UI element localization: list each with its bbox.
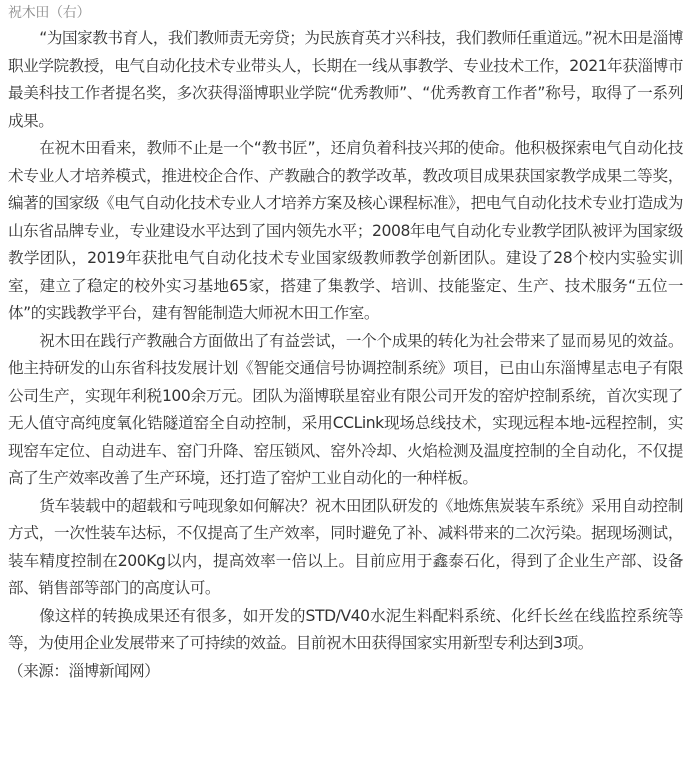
paragraph-loading-system: 货车装载中的超载和亏吨现象如何解决？祝木田团队研发的《地炼焦炭装车系统》采用自动… — [8, 493, 683, 603]
paragraph-industry-education: 祝木田在践行产教融合方面做出了有益尝试，一个个成果的转化为社会带来了显而易见的效… — [8, 328, 683, 493]
article: 祝木田（右） “为国家教书育人，我们教师责无旁贷；为民族育英才兴科技，我们教师任… — [0, 0, 688, 685]
paragraph-teaching-reform: 在祝木田看来，教师不止是一个“教书匠”，还肩负着科技兴邦的使命。他积极探索电气自… — [8, 135, 683, 328]
source-attribution: （来源：淄博新闻网） — [8, 658, 683, 686]
image-caption: 祝木田（右） — [8, 2, 683, 24]
paragraph-intro-quote: “为国家教书育人，我们教师责无旁贷；为民族育英才兴科技，我们教师任重道远。”祝木… — [8, 25, 683, 135]
paragraph-achievements: 像这样的转换成果还有很多，如开发的STD/V40水泥生料配料系统、化纤长丝在线监… — [8, 603, 683, 658]
